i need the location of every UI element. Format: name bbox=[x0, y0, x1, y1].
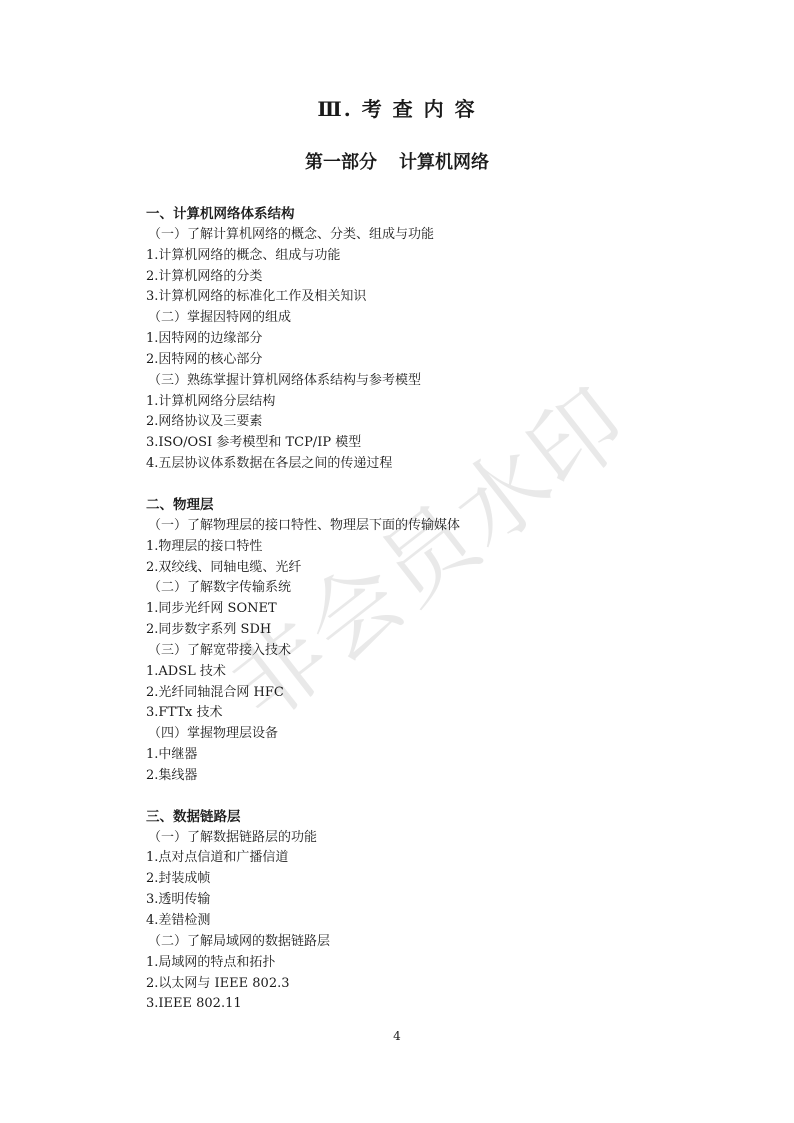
list-item: 1.因特网的边缘部分 bbox=[146, 329, 666, 350]
page-number: 4 bbox=[0, 1028, 794, 1044]
list-item: 2.封装成帧 bbox=[146, 869, 666, 890]
section-heading: 一、计算机网络体系结构 bbox=[146, 204, 666, 225]
list-item: 1.点对点信道和广播信道 bbox=[146, 848, 666, 869]
list-item: 1.同步光纤网 SONET bbox=[146, 599, 666, 620]
list-item: 3.透明传输 bbox=[146, 890, 666, 911]
list-item: 2.因特网的核心部分 bbox=[146, 350, 666, 371]
list-item: 4.五层协议体系数据在各层之间的传递过程 bbox=[146, 454, 666, 475]
section-network-architecture: 一、计算机网络体系结构 （一）了解计算机网络的概念、分类、组成与功能 1.计算机… bbox=[146, 204, 666, 475]
list-item: 1.物理层的接口特性 bbox=[146, 537, 666, 558]
list-item: 2.双绞线、同轴电缆、光纤 bbox=[146, 558, 666, 579]
list-item: 4.差错检测 bbox=[146, 911, 666, 932]
syllabus-content: 一、计算机网络体系结构 （一）了解计算机网络的概念、分类、组成与功能 1.计算机… bbox=[146, 204, 666, 1035]
group-title: （三）了解宽带接入技术 bbox=[146, 641, 666, 662]
page-title: Ⅲ. 考 查 内 容 bbox=[0, 96, 794, 122]
list-item: 2.集线器 bbox=[146, 766, 666, 787]
section-data-link-layer: 三、数据链路层 （一）了解数据链路层的功能 1.点对点信道和广播信道 2.封装成… bbox=[146, 807, 666, 1015]
list-item: 1.中继器 bbox=[146, 745, 666, 766]
group-title: （三）熟练掌握计算机网络体系结构与参考模型 bbox=[146, 371, 666, 392]
section-heading: 二、物理层 bbox=[146, 495, 666, 516]
part-title: 计算机网络 bbox=[399, 152, 489, 173]
group-title: （二）了解数字传输系统 bbox=[146, 578, 666, 599]
list-item: 3.FTTx 技术 bbox=[146, 703, 666, 724]
list-item: 2.以太网与 IEEE 802.3 bbox=[146, 974, 666, 995]
group-title: （四）掌握物理层设备 bbox=[146, 724, 666, 745]
section-heading: 三、数据链路层 bbox=[146, 807, 666, 828]
list-item: 2.计算机网络的分类 bbox=[146, 267, 666, 288]
section-physical-layer: 二、物理层 （一）了解物理层的接口特性、物理层下面的传输媒体 1.物理层的接口特… bbox=[146, 495, 666, 787]
list-item: 1.ADSL 技术 bbox=[146, 662, 666, 683]
list-item: 1.计算机网络分层结构 bbox=[146, 392, 666, 413]
list-item: 1.局域网的特点和拓扑 bbox=[146, 953, 666, 974]
group-title: （一）了解物理层的接口特性、物理层下面的传输媒体 bbox=[146, 516, 666, 537]
group-title: （二）了解局域网的数据链路层 bbox=[146, 932, 666, 953]
list-item: 2.网络协议及三要素 bbox=[146, 412, 666, 433]
group-title: （一）了解计算机网络的概念、分类、组成与功能 bbox=[146, 225, 666, 246]
part-label: 第一部分 bbox=[305, 152, 377, 173]
group-title: （一）了解数据链路层的功能 bbox=[146, 828, 666, 849]
part-heading: 第一部分计算机网络 bbox=[0, 151, 794, 175]
list-item: 2.同步数字系列 SDH bbox=[146, 620, 666, 641]
list-item: 3.IEEE 802.11 bbox=[146, 994, 666, 1015]
list-item: 1.计算机网络的概念、组成与功能 bbox=[146, 246, 666, 267]
group-title: （二）掌握因特网的组成 bbox=[146, 308, 666, 329]
list-item: 3.计算机网络的标准化工作及相关知识 bbox=[146, 287, 666, 308]
list-item: 2.光纤同轴混合网 HFC bbox=[146, 683, 666, 704]
list-item: 3.ISO/OSI 参考模型和 TCP/IP 模型 bbox=[146, 433, 666, 454]
